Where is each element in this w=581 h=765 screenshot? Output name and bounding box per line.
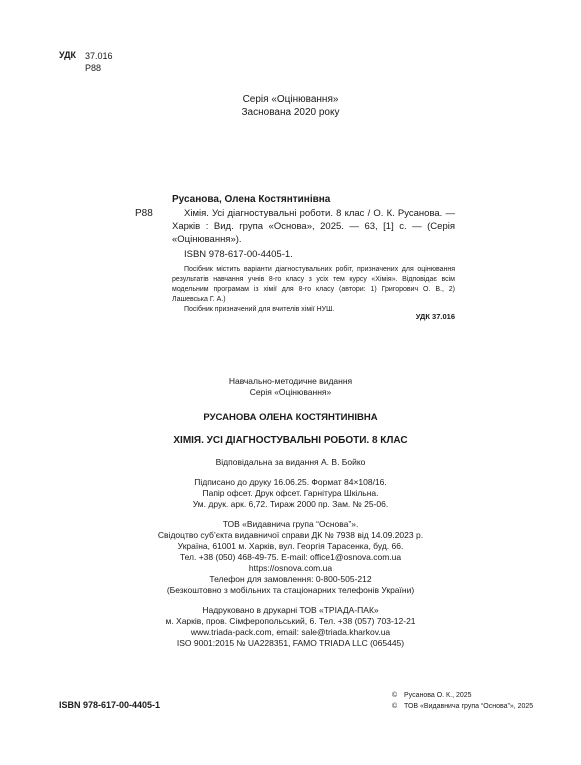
- order-phone: Телефон для замовлення: 0-800-505-212 (Б…: [0, 574, 581, 596]
- imprint-author: РУСАНОВА ОЛЕНА КОСТЯНТИНІВНА: [0, 412, 581, 423]
- print-info: Підписано до друку 16.06.25. Формат 84×1…: [0, 477, 581, 510]
- imprint-title: ХІМІЯ. УСІ ДІАГНОСТУВАЛЬНІ РОБОТИ. 8 КЛА…: [0, 435, 581, 446]
- copyright-block: ©Русанова О. К., 2025 ©ТОВ «Видавнича гр…: [392, 690, 533, 712]
- annotation-text: Посібник містить варіанти діагностувальн…: [172, 265, 455, 305]
- copyright-publisher: ©ТОВ «Видавнича група “Основа”», 2025: [392, 701, 533, 712]
- imprint-series: Серія «Оцінювання»: [0, 387, 581, 398]
- series-header: Серія «Оцінювання» Заснована 2020 року: [0, 93, 581, 119]
- card-isbn: ISBN 978-617-00-4405-1.: [184, 248, 293, 261]
- publisher-link: https://osnova.com.ua: [0, 563, 581, 574]
- publisher-info: ТОВ «Видавнича група “Основа”». Свідоцтв…: [0, 519, 581, 574]
- edition-type-block: Навчально-методичне видання Серія «Оціню…: [0, 376, 581, 398]
- copyright-icon: ©: [392, 690, 404, 701]
- responsible-editor: Відповідальна за видання А. В. Бойко: [0, 457, 581, 467]
- phone-line: Телефон для замовлення: 0-800-505-212: [0, 574, 581, 585]
- print-info-line: Підписано до друку 16.06.25. Формат 84×1…: [0, 477, 581, 488]
- card-udk: УДК 37.016: [416, 310, 455, 323]
- printer-line: ISO 9001:2015 № UA228351, FAMO TRIADA LL…: [0, 638, 581, 649]
- annotation-audience: Посібник призначений для вчителів хімії …: [172, 305, 455, 315]
- card-code: Р88: [135, 207, 153, 220]
- copyright-icon: ©: [392, 701, 404, 712]
- udk-codes: 37.016 Р88: [85, 50, 113, 74]
- footer-isbn: ISBN 978-617-00-4405-1: [59, 700, 160, 710]
- printer-info: Надруковано в друкарні ТОВ «ТРІАДА-ПАК» …: [0, 605, 581, 649]
- udk-label: УДК: [59, 50, 76, 60]
- author-code: Р88: [85, 62, 113, 74]
- publisher-line: Україна, 61001 м. Харків, вул. Георгія Т…: [0, 541, 581, 552]
- udk-code: 37.016: [85, 50, 113, 62]
- card-description: Хімія. Усі діагностувальні роботи. 8 кла…: [172, 207, 455, 246]
- printer-line: Надруковано в друкарні ТОВ «ТРІАДА-ПАК»: [0, 605, 581, 616]
- publisher-line: Тел. +38 (050) 468-49-75. E-mail: office…: [0, 552, 581, 563]
- copyright-author-text: Русанова О. К., 2025: [404, 692, 472, 699]
- phone-note: (Безкоштовно з мобільних та стаціонарних…: [0, 585, 581, 596]
- print-info-line: Ум. друк. арк. 6,72. Тираж 2000 пр. Зам.…: [0, 499, 581, 510]
- copyright-author: ©Русанова О. К., 2025: [392, 690, 533, 701]
- publisher-line: ТОВ «Видавнича група “Основа”».: [0, 519, 581, 530]
- printer-line: www.triada-pack.com, email: sale@triada.…: [0, 627, 581, 638]
- printer-line: м. Харків, пров. Сімферопольський, 6. Те…: [0, 616, 581, 627]
- series-name: Серія «Оцінювання»: [0, 93, 581, 106]
- copyright-publisher-text: ТОВ «Видавнича група “Основа”», 2025: [404, 703, 533, 710]
- card-annotation: Посібник містить варіанти діагностувальн…: [172, 265, 455, 315]
- edition-type: Навчально-методичне видання: [0, 376, 581, 387]
- card-author: Русанова, Олена Костянтинівна: [172, 193, 330, 206]
- series-founded: Заснована 2020 року: [0, 106, 581, 119]
- print-info-line: Папір офсет. Друк офсет. Гарнітура Шкіль…: [0, 488, 581, 499]
- publisher-line: Свідоцтво суб’єкта видавничої справи ДК …: [0, 530, 581, 541]
